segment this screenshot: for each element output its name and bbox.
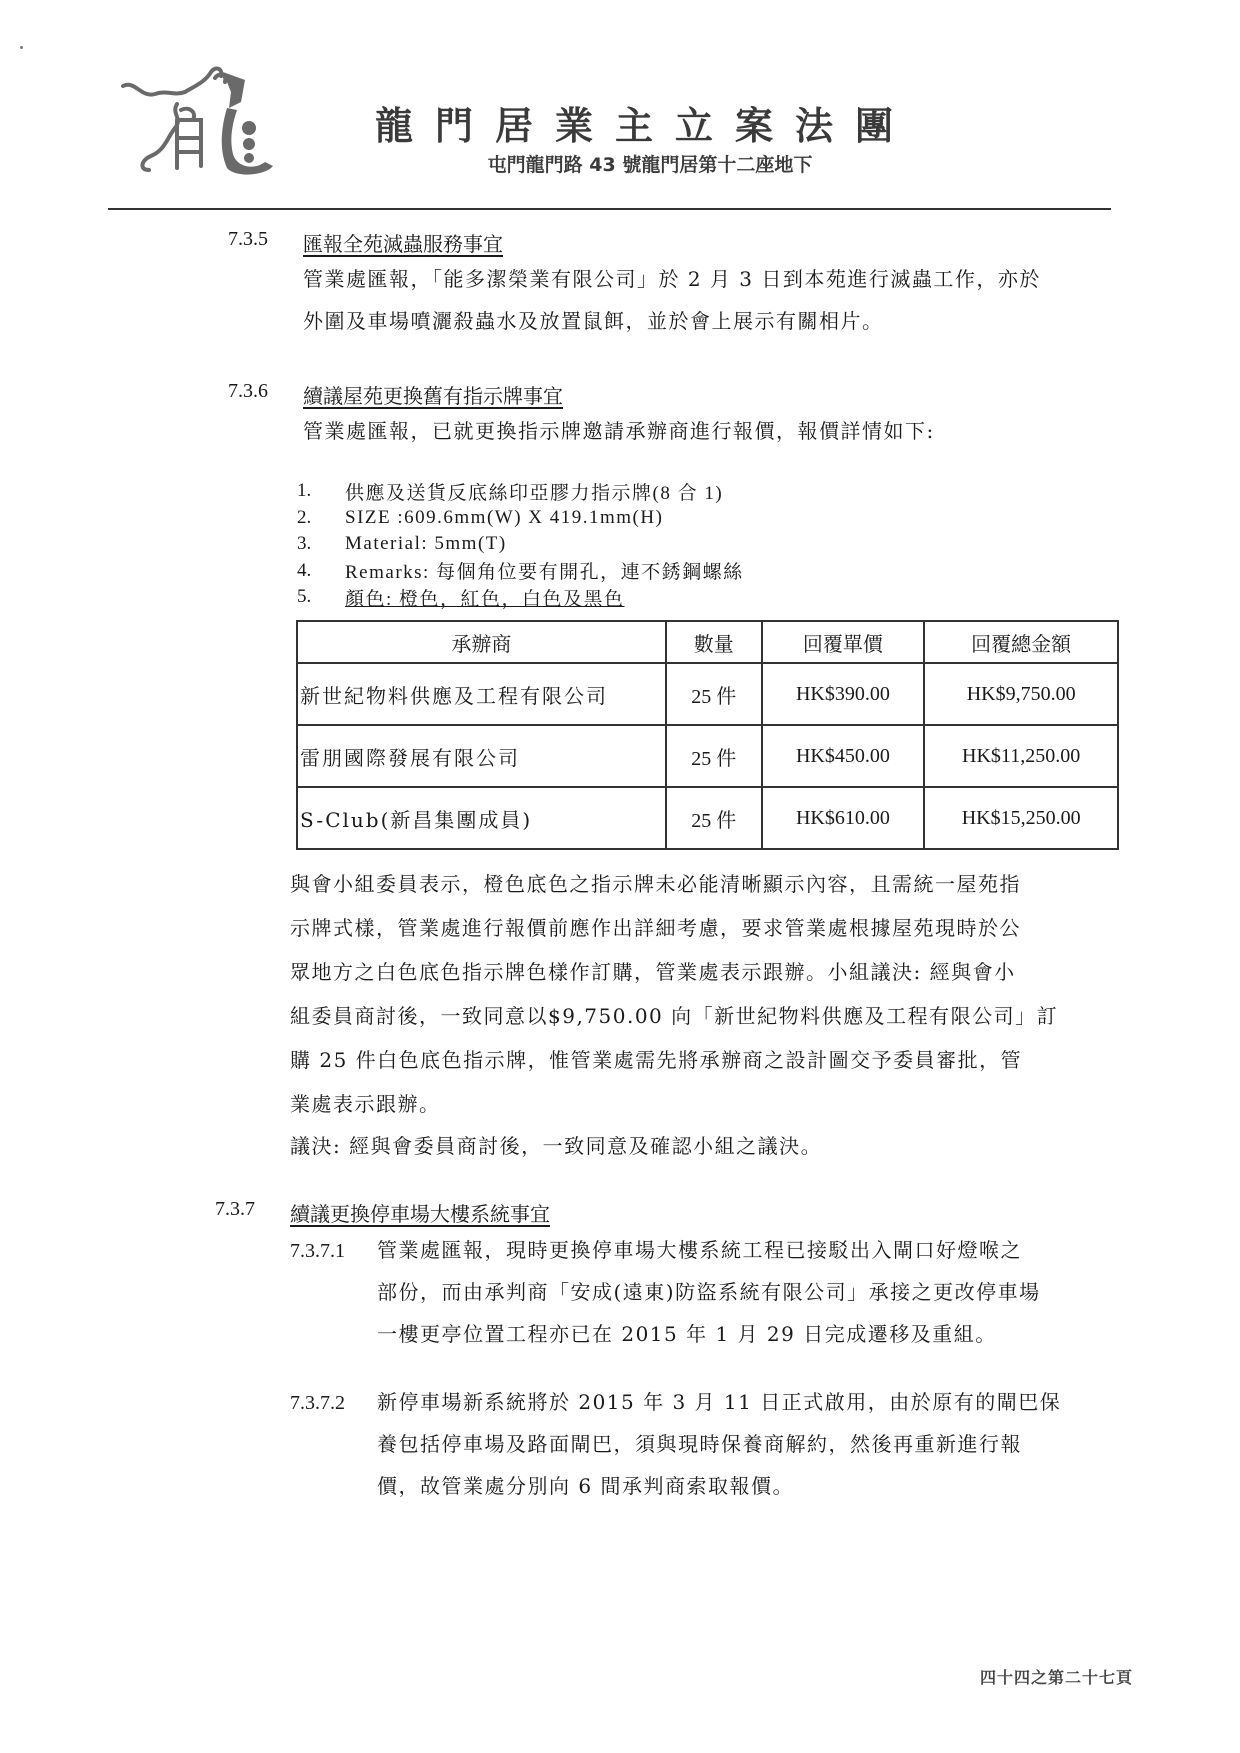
cell-vendor: 新世紀物料供應及工程有限公司 (297, 663, 666, 725)
section-title: 匯報全苑滅蟲服務事宜 (303, 228, 503, 257)
section-intro: 管業處匯報，已就更換指示牌邀請承辦商進行報價，報價詳情如下: (303, 410, 935, 452)
cell-quantity: 25 件 (666, 663, 762, 725)
list-item: 4.Remarks: 每個角位要有開孔，連不銹鋼螺絲 (297, 558, 744, 585)
section-number: 7.3.7 (215, 1198, 255, 1221)
section-body: 管業處匯報，「能多潔榮業有限公司」於 2 月 3 日到本苑進行滅蟲工作，亦於 外… (303, 258, 1041, 342)
quotation-table: 承辦商 數量 回覆單價 回覆總金額 新世紀物料供應及工程有限公司 25 件 HK… (296, 620, 1119, 850)
body-line: 養包括停車場及路面閘巴，須與現時保養商解約，然後再重新進行報 (377, 1423, 1061, 1465)
body-line: 管業處匯報，「能多潔榮業有限公司」於 2 月 3 日到本苑進行滅蟲工作，亦於 (303, 258, 1041, 300)
body-line: 價，故管業處分別向 6 間承判商索取報價。 (377, 1465, 1061, 1507)
table-row: S-Club(新昌集團成員) 25 件 HK$610.00 HK$15,250.… (297, 787, 1118, 849)
header-quantity: 數量 (666, 621, 762, 663)
table-row: 新世紀物料供應及工程有限公司 25 件 HK$390.00 HK$9,750.0… (297, 663, 1118, 725)
subsection-body: 新停車場新系統將於 2015 年 3 月 11 日正式啟用，由於原有的閘巴保 養… (377, 1381, 1061, 1507)
body-line: 與會小組委員表示，橙色底色之指示牌未必能清晰顯示內容，且需統一屋苑指 (290, 862, 1058, 906)
table-header-row: 承辦商 數量 回覆單價 回覆總金額 (297, 621, 1118, 663)
body-line: 眾地方之白色底色指示牌色樣作訂購，管業處表示跟辦。小組議決: 經與會小 (290, 950, 1058, 994)
cell-unit-price: HK$390.00 (762, 663, 925, 725)
page-number: 四十四之第二十七頁 (980, 1665, 1133, 1688)
cell-total: HK$11,250.00 (924, 725, 1118, 787)
header-unit-price: 回覆單價 (762, 621, 925, 663)
body-line: 外圍及車場噴灑殺蟲水及放置鼠餌，並於會上展示有關相片。 (303, 300, 1041, 342)
cell-unit-price: HK$450.00 (762, 725, 925, 787)
body-line: 組委員商討後，一致同意以$9,750.00 向「新世紀物料供應及工程有限公司」訂 (290, 994, 1058, 1038)
cell-vendor: 雷朋國際發展有限公司 (297, 725, 666, 787)
section-title: 續議更換停車場大樓系統事宜 (290, 1198, 550, 1227)
document-page: 龍門居業主立案法團 屯門龍門路 43 號龍門居第十二座地下 7.3.5 匯報全苑… (0, 0, 1240, 1753)
discussion-paragraph: 與會小組委員表示，橙色底色之指示牌未必能清晰顯示內容，且需統一屋苑指 示牌式樣，… (290, 862, 1058, 1126)
subsection-body: 管業處匯報，現時更換停車場大樓系統工程已接駁出入閘口好燈喉之 部份，而由承判商「… (377, 1229, 1041, 1355)
table-row: 雷朋國際發展有限公司 25 件 HK$450.00 HK$11,250.00 (297, 725, 1118, 787)
section-number: 7.3.6 (228, 380, 268, 403)
list-item: 2.SIZE :609.6mm(W) X 419.1mm(H) (297, 505, 744, 532)
org-name: 龍門居業主立案法團 (0, 95, 1240, 150)
subsection-number: 7.3.7.2 (290, 1392, 345, 1415)
list-item: 3.Material: 5mm(T) (297, 531, 744, 558)
body-line: 管業處匯報，現時更換停車場大樓系統工程已接駁出入閘口好燈喉之 (377, 1229, 1041, 1271)
header-vendor: 承辦商 (297, 621, 666, 663)
spec-list: 1.供應及送貨反底絲印亞膠力指示牌(8 合 1) 2.SIZE :609.6mm… (297, 478, 744, 611)
body-line: 新停車場新系統將於 2015 年 3 月 11 日正式啟用，由於原有的閘巴保 (377, 1381, 1061, 1423)
body-line: 一樓更亭位置工程亦已在 2015 年 1 月 29 日完成遷移及重組。 (377, 1313, 1041, 1355)
cell-total: HK$9,750.00 (924, 663, 1118, 725)
scan-speck (20, 46, 23, 49)
cell-quantity: 25 件 (666, 787, 762, 849)
cell-total: HK$15,250.00 (924, 787, 1118, 849)
list-item: 1.供應及送貨反底絲印亞膠力指示牌(8 合 1) (297, 478, 744, 505)
subsection-number: 7.3.7.1 (290, 1240, 345, 1263)
list-item: 5.顏色: 橙色，紅色，白色及黑色 (297, 584, 744, 611)
org-address: 屯門龍門路 43 號龍門居第十二座地下 (0, 150, 1240, 177)
header-total: 回覆總金額 (924, 621, 1118, 663)
cell-quantity: 25 件 (666, 725, 762, 787)
body-line: 部份，而由承判商「安成(遠東)防盜系統有限公司」承接之更改停車場 (377, 1271, 1041, 1313)
cell-vendor: S-Club(新昌集團成員) (297, 787, 666, 849)
body-line: 示牌式樣，管業處進行報價前應作出詳細考慮，要求管業處根據屋苑現時於公 (290, 906, 1058, 950)
section-number: 7.3.5 (228, 228, 268, 251)
resolution-text: 議決: 經與會委員商討後，一致同意及確認小組之議決。 (290, 1125, 822, 1167)
cell-unit-price: HK$610.00 (762, 787, 925, 849)
section-title: 續議屋苑更換舊有指示牌事宜 (303, 380, 563, 409)
body-line: 業處表示跟辦。 (290, 1082, 1058, 1126)
header-divider (108, 208, 1111, 210)
body-line: 購 25 件白色底色指示牌，惟管業處需先將承辦商之設計圖交予委員審批，管 (290, 1038, 1058, 1082)
